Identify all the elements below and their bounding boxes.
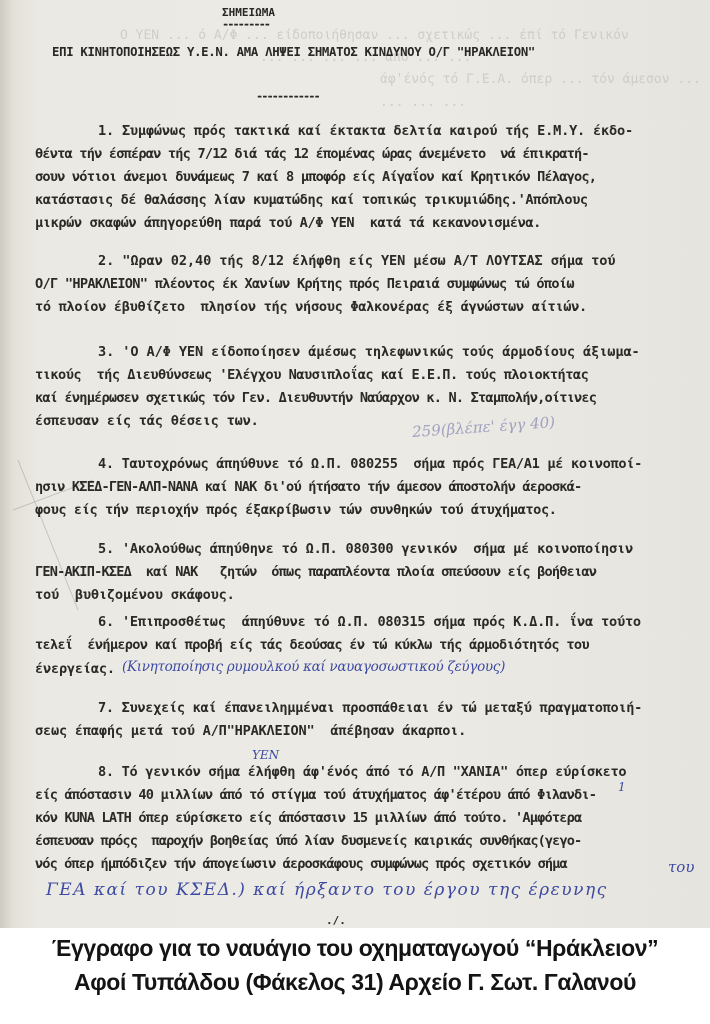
handwritten-note-mobilization: (Κινητοποίησις ρυμουλκού καί ναυαγοσωστι… — [122, 659, 505, 675]
paragraph-5-line: ΓΕΝ-ΑΚΙΠ-ΚΣΕΔ καί ΝΑΚ ζητών όπως παραπλέ… — [35, 564, 596, 580]
page-continuation-mark: ./. — [326, 914, 346, 927]
subject-underline: ------------ — [256, 89, 319, 103]
paragraph-4-line: 4. Ταυτοχρόνως άπηύθυνε τό Ω.Π. 080255 σ… — [98, 456, 642, 472]
handwritten-note-tou: του — [668, 858, 694, 876]
paragraph-1-line: μικρών σκαφών άπηγορεύθη παρά τού Α/Φ ΥΕ… — [35, 215, 541, 231]
paragraph-3-line: τικούς τής Διευθύνσεως 'Ελέγχου Ναυσιπλο… — [35, 367, 588, 383]
paragraph-1-line: 1. Συμφώνως πρός τακτικά καί έκτακτα δελ… — [98, 123, 633, 139]
paragraph-1-line: σουν νότιοι άνεμοι δυνάμεως 7 καί 8 μποφ… — [35, 169, 596, 185]
paragraph-4-line: φους είς τήν περιοχήν πρός έξακρίβωσιν τ… — [35, 502, 557, 518]
paragraph-8-line: κόν ΚUΝΑ LΑΤΗ όπερ εύρίσκετο είς άπόστασ… — [35, 810, 581, 826]
paragraph-1-line: θέντα τήν έσπέραν τής 7/12 διά τάς 12 έπ… — [35, 146, 589, 162]
bleed-through-line: άφ'ένός τό Γ.Ε.Α. όπερ ... τόν άμεσον ..… — [380, 72, 701, 87]
paragraph-8-line: είς άπόστασιν 40 μιλλίων άπό τό στίγμα τ… — [35, 787, 596, 803]
paragraph-8-line: έσπευσαν πρόςς παροχήν βοηθείας ύπό λίαν… — [35, 833, 581, 849]
paragraph-1-line: κατάστασις δέ θαλάσσης λίαν κυματώδης κα… — [35, 192, 588, 208]
paragraph-3-line: 3. 'Ο Α/Φ ΥΕΝ είδοποίησεν άμέσως τηλεφων… — [98, 344, 640, 360]
paragraph-3-line: καί ένημέρωσεν σχετικώς τόν Γεν. Διευθυν… — [35, 390, 596, 406]
paragraph-8-line: 8. Τό γενικόν σήμα έλήφθη άφ'ένός άπό τό… — [98, 764, 626, 780]
paragraph-7-line: 7. Συνεχείς καί έπανειλημμέναι προσπάθει… — [98, 700, 642, 716]
bleed-through-line: ... ... ... — [380, 95, 466, 110]
paragraph-3-line: έσπευσαν είς τάς θέσεις των. — [35, 413, 259, 429]
paragraph-2-line: Ο/Γ "ΗΡΑΚΛΕΙΟΝ" πλέοντος έκ Χανίων Κρήτη… — [35, 276, 574, 292]
paragraph-6-line: τελεΐ ένήμερον καί προβή είς τάς δεούσας… — [35, 637, 589, 653]
paragraph-6-line: ένεργείας. — [35, 661, 115, 677]
bleed-through-line: Ο ΥΕΝ ... ό Α/Φ ... είδοποιήθησαν ... σχ… — [120, 28, 629, 43]
paragraph-8-line: νός όπερ ήμπόδιζεν τήν άπογείωσιν άεροσκ… — [35, 856, 567, 872]
handwritten-note-insert: 1 — [618, 780, 626, 794]
scanned-document: Ο ΥΕΝ ... ό Α/Φ ... είδοποιήθησαν ... σχ… — [0, 0, 710, 928]
handwritten-note-reference: 259(βλέπε' έγγ 40) — [412, 413, 556, 441]
handwritten-note-yen: ΥΕΝ — [252, 748, 279, 762]
paragraph-7-line: σεως έπαφής μετά τού Α/Π"ΗΡΑΚΛΕΙΟΝ" άπέβ… — [35, 723, 466, 739]
caption-line-1: Έγγραφο για το ναυάγιο του οχηματαγωγού … — [0, 935, 710, 962]
paragraph-6-line: 6. 'Επιπροσθέτως άπηύθυνε τό Ω.Π. 080315… — [98, 614, 641, 630]
paragraph-4-line: ησιν ΚΣΕΔ-ΓΕΝ-ΑΛΠ-ΝΑΝΑ καί ΝΑΚ δι'ού ήτή… — [35, 479, 581, 495]
paragraph-2-line: 2. "Ωραν 02,40 τής 8/12 έλήφθη είς ΥΕΝ μ… — [98, 253, 615, 269]
paragraph-5-line: τού βυθιζομένου σκάφους. — [35, 587, 235, 603]
document-subject: ΕΠΙ ΚΙΝΗΤΟΠΟΙΗΣΕΩΣ Υ.Ε.Ν. ΑΜΑ ΛΗΨΕΙ ΣΗΜΑ… — [52, 45, 535, 59]
paragraph-2-line: τό πλοίον έβυθίζετο πλησίον τής νήσους Φ… — [35, 299, 587, 315]
title-underline: --------- — [222, 17, 269, 31]
paragraph-5-line: 5. 'Ακολούθως άπηύθηνε τό Ω.Π. 080300 γε… — [98, 541, 633, 557]
caption-line-2: Αφοί Τυπάλδου (Φάκελος 31) Αρχείο Γ. Σωτ… — [0, 969, 710, 996]
handwritten-note-continuation: ΓΕΑ καί του ΚΣΕΔ.) καί ήρξαντο του έργου… — [46, 880, 608, 900]
